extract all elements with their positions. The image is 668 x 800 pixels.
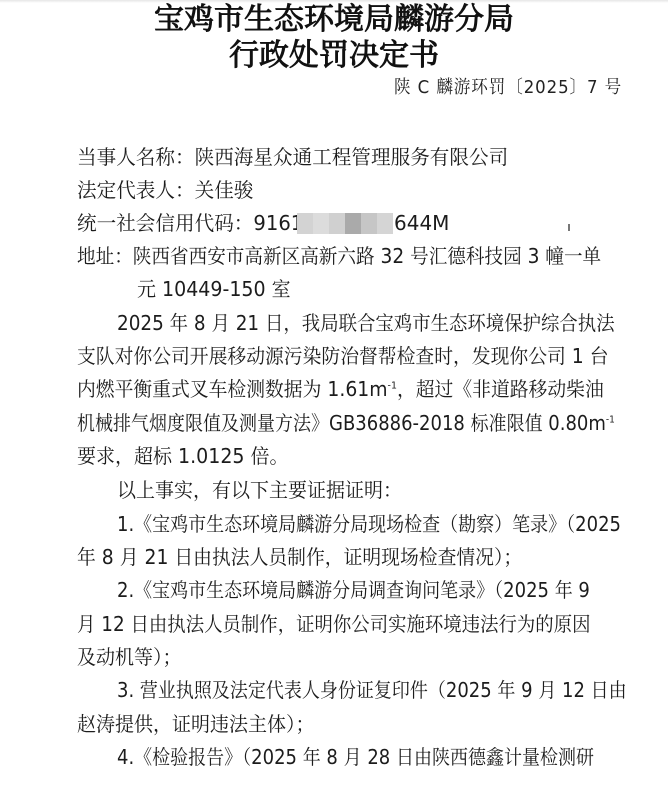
party-name-label: 当事人名称： — [77, 145, 195, 169]
address-row: 地址：陕西省西安市高新区高新六路 32 号汇德科技园 3 幢一单 — [77, 244, 601, 268]
facts-text: 支队对你公司开展移动源污染防治督帮检查时，发现你公司 1 台 — [77, 344, 609, 368]
address-line2: 元 10449-150 室 — [137, 277, 291, 301]
credit-code-redaction — [297, 213, 393, 234]
party-name-row: 当事人名称：陕西海星众通工程管理服务有限公司 — [77, 145, 508, 169]
evidence-item-2-line-2: 月 12 日由执法人员制作，证明你公司实施环境违法行为的原因 — [77, 612, 591, 636]
redaction-block — [297, 213, 313, 234]
evidence-text: 4.《检验报告》（2025 年 8 月 28 日由陕西德鑫计量检测研 — [117, 745, 594, 769]
redaction-block — [361, 213, 377, 234]
party-name-value: 陕西海星众通工程管理服务有限公司 — [195, 145, 509, 169]
evidence-text: 月 12 日由执法人员制作，证明你公司实施环境违法行为的原因 — [77, 612, 591, 636]
facts-line-1: 2025 年 8 月 21 日，我局联合宝鸡市生态环境保护综合执法 — [117, 311, 615, 335]
evidence-intro: 以上事实，有以下主要证据证明： — [117, 478, 402, 502]
credit-code-suffix: 644M — [394, 211, 449, 235]
legal-rep-value: 关佳骏 — [195, 178, 254, 202]
facts-text: 内燃平衡重式叉车检测数据为 1.61m — [77, 377, 388, 401]
redaction-block — [345, 213, 361, 234]
address-line1: 陕西省西安市高新区高新六路 32 号汇德科技园 3 幢一单 — [133, 244, 601, 268]
document-number: 陕 C 麟游环罚〔2025〕7 号 — [394, 76, 622, 100]
evidence-item-1-line-1: 1.《宝鸡市生态环境局麟游分局现场检查（勘察）笔录》（2025 — [117, 512, 621, 536]
evidence-intro-text: 以上事实，有以下主要证据证明： — [117, 478, 402, 502]
evidence-item-2-line-1: 2.《宝鸡市生态环境局麟游分局调查询问笔录》（2025 年 9 — [117, 578, 590, 602]
superscript-exponent: -1 — [606, 414, 615, 425]
facts-text: 2025 年 8 月 21 日，我局联合宝鸡市生态环境保护综合执法 — [117, 311, 615, 335]
redaction-block — [329, 213, 345, 234]
address-label: 地址： — [77, 244, 133, 268]
address-continuation-row: 元 10449-150 室 — [137, 277, 291, 301]
redaction-block — [313, 213, 329, 234]
evidence-item-1-line-2: 年 8 月 21 日由执法人员制作，证明现场检查情况）； — [77, 545, 522, 569]
evidence-item-4-line-1: 4.《检验报告》（2025 年 8 月 28 日由陕西德鑫计量检测研 — [117, 745, 594, 769]
evidence-text: 赵涛提供，证明违法主体）； — [77, 712, 315, 736]
legal-rep-label: 法定代表人： — [77, 178, 195, 202]
legal-rep-row: 法定代表人：关佳骏 — [77, 178, 253, 202]
superscript-exponent: -1 — [388, 380, 397, 391]
evidence-item-3-line-1: 3. 营业执照及法定代表人身份证复印件（2025 年 9 月 12 日由 — [117, 678, 627, 702]
facts-line-2: 支队对你公司开展移动源污染防治督帮检查时，发现你公司 1 台 — [77, 344, 609, 368]
facts-text: 要求，超标 1.0125 倍。 — [77, 444, 289, 468]
scan-artifact — [568, 224, 570, 231]
credit-code-prefix: 9161 — [253, 211, 303, 235]
evidence-item-3-line-2: 赵涛提供，证明违法主体）； — [77, 712, 315, 736]
evidence-text: 1.《宝鸡市生态环境局麟游分局现场检查（勘察）笔录》（2025 — [117, 512, 621, 536]
credit-code-label: 统一社会信用代码： — [77, 211, 253, 235]
evidence-item-2-line-3: 及动机等）； — [77, 645, 182, 669]
facts-line-4: 机械排气烟度限值及测量方法》GB36886-2018 标准限值 0.80m-1 — [77, 411, 615, 435]
facts-line-3: 内燃平衡重式叉车检测数据为 1.61m-1，超过《非道路移动柴油 — [77, 377, 604, 401]
facts-text: ，超过《非道路移动柴油 — [397, 377, 604, 401]
evidence-text: 年 8 月 21 日由执法人员制作，证明现场检查情况）； — [77, 545, 522, 569]
facts-text: 机械排气烟度限值及测量方法》GB36886-2018 标准限值 0.80m — [77, 411, 606, 435]
document-title-agency: 宝鸡市生态环境局麟游分局 — [0, 2, 668, 38]
evidence-text: 3. 营业执照及法定代表人身份证复印件（2025 年 9 月 12 日由 — [117, 678, 627, 702]
credit-code-suffix-row: 644M — [394, 211, 449, 235]
facts-line-5: 要求，超标 1.0125 倍。 — [77, 444, 289, 468]
evidence-text: 2.《宝鸡市生态环境局麟游分局调查询问笔录》（2025 年 9 — [117, 578, 590, 602]
document-title-type: 行政处罚决定书 — [0, 38, 668, 74]
evidence-text: 及动机等）； — [77, 645, 182, 669]
credit-code-row: 统一社会信用代码：9161 — [77, 211, 303, 235]
redaction-block — [377, 213, 393, 234]
